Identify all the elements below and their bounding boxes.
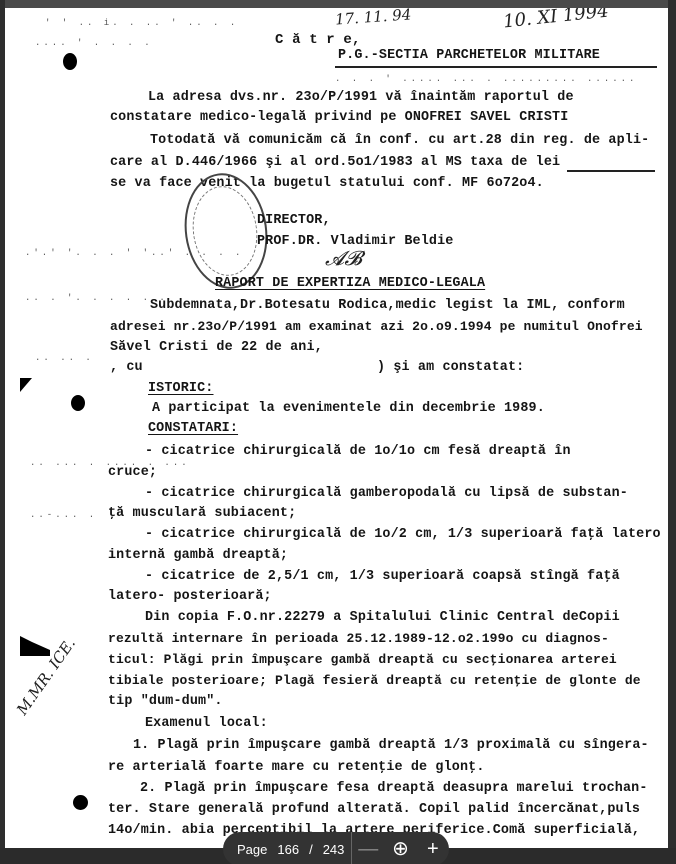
scan-noise: ..-... . — [30, 510, 97, 520]
examen-line: re arterială foarte mare cu retenţie de … — [108, 760, 485, 775]
finding-line: ticul: Plăgi prin împuşcare gambă dreapt… — [108, 652, 617, 667]
finding-line: rezultă internare în perioada 25.12.1989… — [108, 631, 609, 646]
finding-line: - cicatrice chirurgicală gamberopodală c… — [145, 486, 628, 501]
examen-heading: Examenul local: — [145, 716, 268, 731]
cover-letter-line: La adresa dvs.nr. 23o/P/1991 vă înaintăm… — [148, 90, 574, 105]
signatory-title: DIRECTOR, — [257, 213, 331, 228]
zoom-in-button[interactable]: + — [417, 832, 449, 864]
handwritten-date-right: 10. XI 1994 — [502, 8, 609, 32]
finding-line: ţă musculară subiacent; — [108, 506, 296, 521]
cover-letter-line: care al D.446/1966 şi al ord.5o1/1983 al… — [110, 155, 560, 170]
document-page: 17. 11. 94 10. XI 1994 M.MR. ICE. ' ' ..… — [5, 8, 668, 848]
examen-line: 1. Plagă prin împuşcare gambă dreaptă 1/… — [133, 738, 649, 753]
addressee-label: C ă t r e, — [275, 32, 361, 48]
finding-line: - cicatrice chirurgicală de 1o/1o cm fes… — [145, 444, 571, 459]
report-title: RAPORT DE EXPERTIZA MEDICO-LEGALA — [215, 276, 485, 291]
cover-letter-line: constatare medico-legală privind pe ONOF… — [110, 110, 568, 125]
page-label: Page — [237, 842, 267, 857]
istoric-heading: ISTORIC: — [148, 381, 214, 396]
constatari-heading: CONSTATARI: — [148, 421, 238, 436]
page-navigation-toolbar: Page 166 / 243 — ⊕ + — [223, 832, 449, 864]
finding-line: - cicatrice de 2,5/1 cm, 1/3 superioară … — [145, 569, 620, 584]
punch-hole — [71, 395, 85, 411]
addressee-name: P.G.-SECTIA PARCHETELOR MILITARE — [338, 48, 600, 63]
plus-icon: + — [427, 838, 439, 860]
page-indicator: Page 166 / 243 — [223, 842, 351, 857]
report-intro-line: , cu — [110, 360, 143, 375]
scan-noise: .... ' . . . . — [35, 38, 153, 48]
finding-line: - cicatrice chirurgicală de 1o/2 cm, 1/3… — [145, 527, 661, 542]
cover-letter-line: se va face venit la bugetul statului con… — [110, 176, 544, 191]
report-intro-line: ) şi am constatat: — [377, 360, 524, 375]
total-pages: 243 — [323, 842, 345, 857]
corner-mark — [20, 378, 32, 392]
scan-noise: ' ' .. i. . .. ' .. . . — [45, 18, 238, 28]
page-separator: / — [309, 842, 313, 857]
istoric-text: A participat la evenimentele din decembr… — [152, 401, 545, 416]
finding-line: cruce; — [108, 465, 157, 480]
zoom-fit-button[interactable]: ⊕ — [384, 832, 416, 864]
corner-mark — [20, 636, 50, 656]
scan-noise: .. . '. . . . . . — [25, 293, 168, 303]
current-page-input[interactable]: 166 — [277, 842, 299, 857]
finding-line: tip "dum-dum". — [108, 694, 223, 709]
viewer-scrollbar-track[interactable] — [668, 0, 676, 864]
scan-noise: . . . ' ..... ... . ......... ...... — [335, 74, 637, 84]
cover-letter-line: Totodată vă comunicăm că în conf. cu art… — [150, 133, 649, 148]
viewer-top-edge — [0, 0, 676, 8]
magnifier-icon: ⊕ — [392, 838, 409, 860]
examen-line: 2. Plagă prin împuşcare fesa dreaptă dea… — [140, 781, 648, 796]
handwritten-signature: 𝓐𝓑 — [325, 246, 362, 270]
header-underline — [335, 66, 657, 68]
report-intro-line: adresei nr.23o/P/1991 am examinat azi 2o… — [110, 319, 643, 334]
finding-line: Din copia F.O.nr.22279 a Spitalului Clin… — [145, 610, 620, 625]
minus-icon: — — [358, 838, 378, 860]
examen-line: ter. Stare generală profund alterată. Co… — [108, 802, 640, 817]
report-intro-line: Săvel Cristi de 22 de ani, — [110, 340, 323, 355]
zoom-out-button[interactable]: — — [352, 832, 384, 864]
finding-line: internă gambă dreaptă; — [108, 548, 288, 563]
fee-blank-line — [567, 170, 655, 172]
scan-noise: .. .. . — [35, 353, 94, 363]
punch-hole — [73, 795, 88, 810]
handwritten-date-registry: 17. 11. 94 — [334, 8, 411, 29]
finding-line: tibiale posterioare; Plagă fesieră dreap… — [108, 673, 641, 688]
report-intro-line: Subdemnata,Dr.Botesatu Rodica,medic legi… — [150, 298, 625, 313]
punch-hole — [63, 53, 77, 70]
finding-line: latero- posterioară; — [108, 589, 272, 604]
